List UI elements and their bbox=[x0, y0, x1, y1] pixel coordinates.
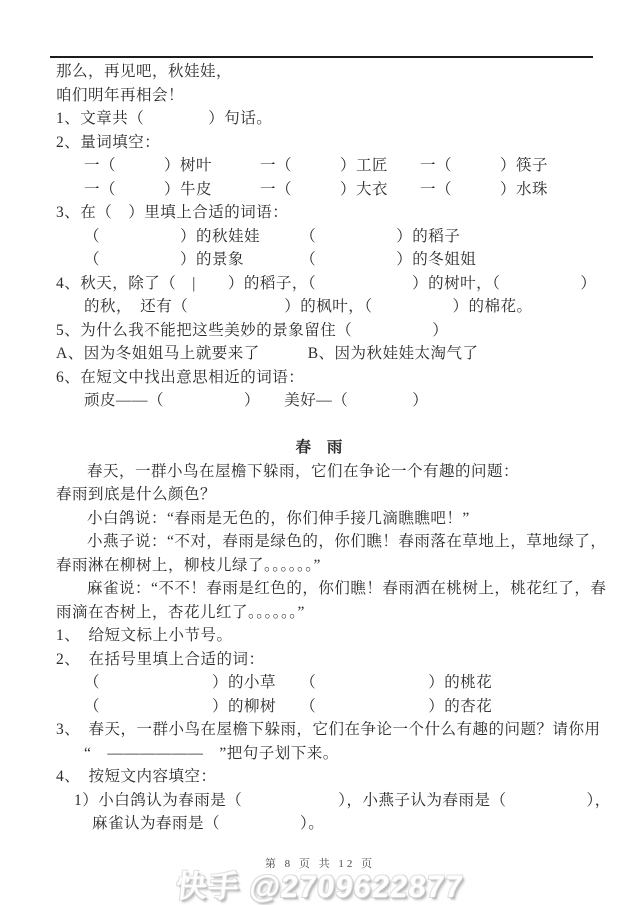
sec2-question-4-row-1: 1）小白鸽认为春雨是（ ），小燕子认为春雨是（ ）， bbox=[56, 789, 588, 813]
sec1-question-5-options: A、因为冬姐姐马上就要来了 B、因为秋娃娃太淘气了 bbox=[56, 342, 588, 366]
sec1-question-4-line-2: 的秋， 还有（ ）的枫叶，（ ）的棉花。 bbox=[56, 295, 588, 319]
sec1-question-1: 1、文章共（ ）句话。 bbox=[56, 107, 588, 131]
sec1-question-3-row-1: （ ）的秋娃娃 （ ）的稻子 bbox=[56, 225, 588, 249]
passage-paragraph-4-line-2: 雨滴在杏树上，杏花儿红了。。。。。。” bbox=[56, 601, 588, 625]
kuaishou-watermark: 快手 @2709622877 bbox=[0, 861, 640, 905]
section-gap bbox=[56, 413, 588, 437]
sec2-question-4-label: 4、 按短文内容填空： bbox=[56, 765, 588, 789]
passage-paragraph-2: 小白鸽说：“春雨是无色的，你们伸手接几滴瞧瞧吧！” bbox=[56, 507, 588, 531]
sec2-question-2-label: 2、 在括号里填上合适的词： bbox=[56, 648, 588, 672]
sec1-question-5: 5、为什么我不能把这些美妙的景象留住（ ） bbox=[56, 319, 588, 343]
passage-paragraph-4-line-1: 麻雀说：“不不！春雨是红色的，你们瞧！春雨洒在桃树上，桃花红了，春 bbox=[56, 577, 588, 601]
sec2-question-1: 1、 给短文标上小节号。 bbox=[56, 624, 588, 648]
passage-paragraph-3-line-2: 春雨淋在柳树上，柳枝儿绿了。。。。。。” bbox=[56, 554, 588, 578]
sec1-question-6-row: 顽皮——（ ） 美好—（ ） bbox=[56, 389, 588, 413]
passage-title: 春 雨 bbox=[56, 436, 588, 460]
top-divider-rule bbox=[50, 56, 593, 58]
passage-paragraph-3-line-1: 小燕子说：“不对，春雨是绿色的，你们瞧！春雨落在草地上，草地绿了， bbox=[56, 530, 588, 554]
passage-paragraph-1-line-2: 春雨到底是什么颜色？ bbox=[56, 483, 588, 507]
sec1-question-2-label: 2、量词填空： bbox=[56, 131, 588, 155]
farewell-line-2: 咱们明年再相会！ bbox=[56, 84, 588, 108]
farewell-line-1: 那么，再见吧，秋娃娃， bbox=[56, 60, 588, 84]
sec1-question-3-row-2: （ ）的景象 （ ）的冬姐姐 bbox=[56, 248, 588, 272]
sec1-question-2-row-1: 一（ ）树叶 一（ ）工匠 一（ ）筷子 bbox=[56, 154, 588, 178]
worksheet-body: 那么，再见吧，秋娃娃， 咱们明年再相会！ 1、文章共（ ）句话。 2、量词填空：… bbox=[56, 60, 588, 836]
sec1-question-4-line-1: 4、秋天，除了（ | ）的稻子，（ ）的树叶，（ ） bbox=[56, 272, 588, 296]
worksheet-page: 那么，再见吧，秋娃娃， 咱们明年再相会！ 1、文章共（ ）句话。 2、量词填空：… bbox=[0, 0, 640, 905]
sec2-question-3-line-2: “ ―――――― ”把句子划下来。 bbox=[56, 742, 588, 766]
sec1-question-2-row-2: 一（ ）牛皮 一（ ）大衣 一（ ）水珠 bbox=[56, 178, 588, 202]
sec2-question-2-row-2: （ ）的柳树 （ ）的杏花 bbox=[56, 695, 588, 719]
sec1-question-3-label: 3、在（ ）里填上合适的词语： bbox=[56, 201, 588, 225]
sec2-question-4-row-2: 麻雀认为春雨是（ ）。 bbox=[56, 812, 588, 836]
passage-paragraph-1-line-1: 春天，一群小鸟在屋檐下躲雨，它们在争论一个有趣的问题： bbox=[56, 460, 588, 484]
sec1-question-6-label: 6、在短文中找出意思相近的词语： bbox=[56, 366, 588, 390]
sec2-question-3-line-1: 3、 春天，一群小鸟在屋檐下躲雨，它们在争论一个什么有趣的问题？请你用 bbox=[56, 718, 588, 742]
sec2-question-2-row-1: （ ）的小草 （ ）的桃花 bbox=[56, 671, 588, 695]
